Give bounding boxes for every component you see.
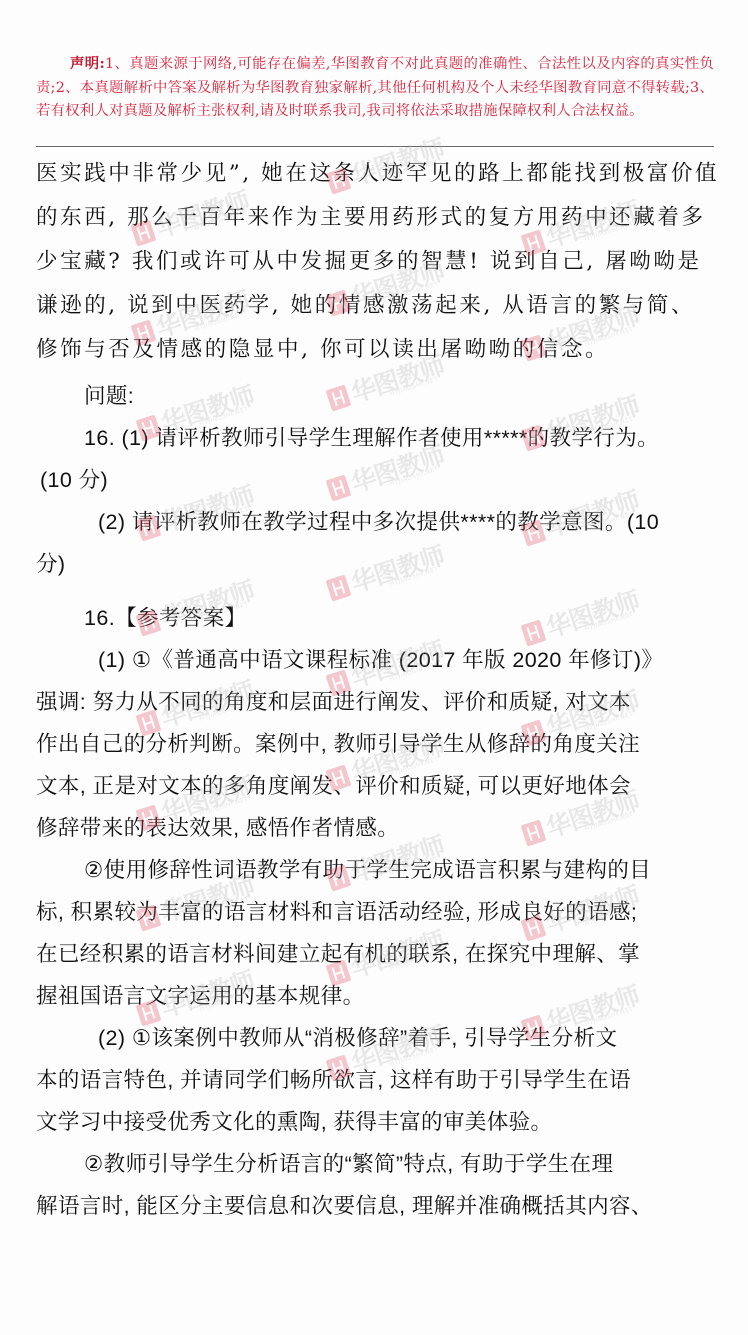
document-page: 声明:1、真题来源于网络,可能存在偏差,华图教育不对此真题的准确性、合法性以及内… (0, 0, 748, 1335)
answer-heading: 16.【参考答案】 (36, 597, 716, 639)
question-16-2-score: 分) (36, 543, 716, 585)
answer-part1-point2-line: 标, 积累较为丰富的语言材料和言语活动经验, 形成良好的语感; (36, 891, 716, 933)
passage-line: 医实践中非常少见”, 她在这条人迹罕见的路上都能找到极富价值 (36, 152, 716, 196)
answer-part1-point2-line: ②使用修辞性词语教学有助于学生完成语言积累与建构的目 (36, 849, 716, 891)
disclaimer-line: 取措施保障权利人合法权益。 (454, 103, 644, 119)
questions-heading: 问题: (36, 375, 716, 417)
question-16-1: 16. (1) 请评析教师引导学生理解作者使用*****的教学行为。 (36, 417, 716, 459)
question-16-2: (2) 请评析教师在教学过程中多次提供****的教学意图。(10 (36, 501, 716, 543)
answer-part2-line: 本的语言特色, 并请同学们畅所欲言, 这样有助于引导学生在语 (36, 1059, 716, 1101)
answer-part1-point2-line: 握祖国语言文字运用的基本规律。 (36, 975, 716, 1017)
passage-line: 的东西, 那么千百年来作为主要用药形式的复方用药中还藏着多 (36, 196, 716, 240)
questions-section: 问题: 16. (1) 请评析教师引导学生理解作者使用*****的教学行为。 (… (36, 375, 716, 585)
answer-section: 16.【参考答案】 (1) ①《普通高中语文课程标准 (2017 年版 2020… (36, 597, 716, 1227)
passage-text: 医实践中非常少见”, 她在这条人迹罕见的路上都能找到极富价值 的东西, 那么千百… (36, 152, 716, 372)
header-divider (36, 146, 714, 147)
answer-part2-line: 文学习中接受优秀文化的熏陶, 获得丰富的审美体验。 (36, 1101, 716, 1143)
answer-part1-point2-line: 在已经积累的语言材料间建立起有机的联系, 在探究中理解、掌 (36, 933, 716, 975)
disclaimer-line: 1、真题来源于网络,可能存在偏差,华图教育不对此真题的准确性、合法性以及内容 (105, 56, 640, 72)
passage-line: 谦逊的, 说到中医药学, 她的情感激荡起来, 从语言的繁与简、 (36, 284, 716, 328)
disclaimer-label: 声明: (70, 55, 105, 72)
answer-part1-line: 文本, 正是对文本的多角度阐发、评价和质疑, 可以更好地体会 (36, 765, 716, 807)
answer-part2-point2-line: 解语言时, 能区分主要信息和次要信息, 理解并准确概括其内容、 (36, 1185, 716, 1227)
answer-part1-line: (1) ①《普通高中语文课程标准 (2017 年版 2020 年修订)》 (36, 639, 716, 681)
answer-part2-point2-line: ②教师引导学生分析语言的“繁简”特点, 有助于学生在理 (36, 1143, 716, 1185)
answer-part1-line: 作出自己的分析判断。案例中, 教师引导学生从修辞的角度关注 (36, 723, 716, 765)
answer-part1-line: 修辞带来的表达效果, 感悟作者情感。 (36, 807, 716, 849)
disclaimer-block: 声明:1、真题来源于网络,可能存在偏差,华图教育不对此真题的准确性、合法性以及内… (36, 52, 714, 124)
passage-line: 修饰与否及情感的隐显中, 你可以读出屠呦呦的信念。 (36, 328, 716, 372)
answer-part2-line: (2) ①该案例中教师从“消极修辞”着手, 引导学生分析文 (36, 1017, 716, 1059)
question-16-1-score: (10 分) (36, 459, 716, 501)
answer-part1-line: 强调: 努力从不同的角度和层面进行阐发、评价和质疑, 对文本 (36, 681, 716, 723)
passage-line: 少宝藏? 我们或许可从中发掘更多的智慧! 说到自己, 屠呦呦是 (36, 240, 716, 284)
